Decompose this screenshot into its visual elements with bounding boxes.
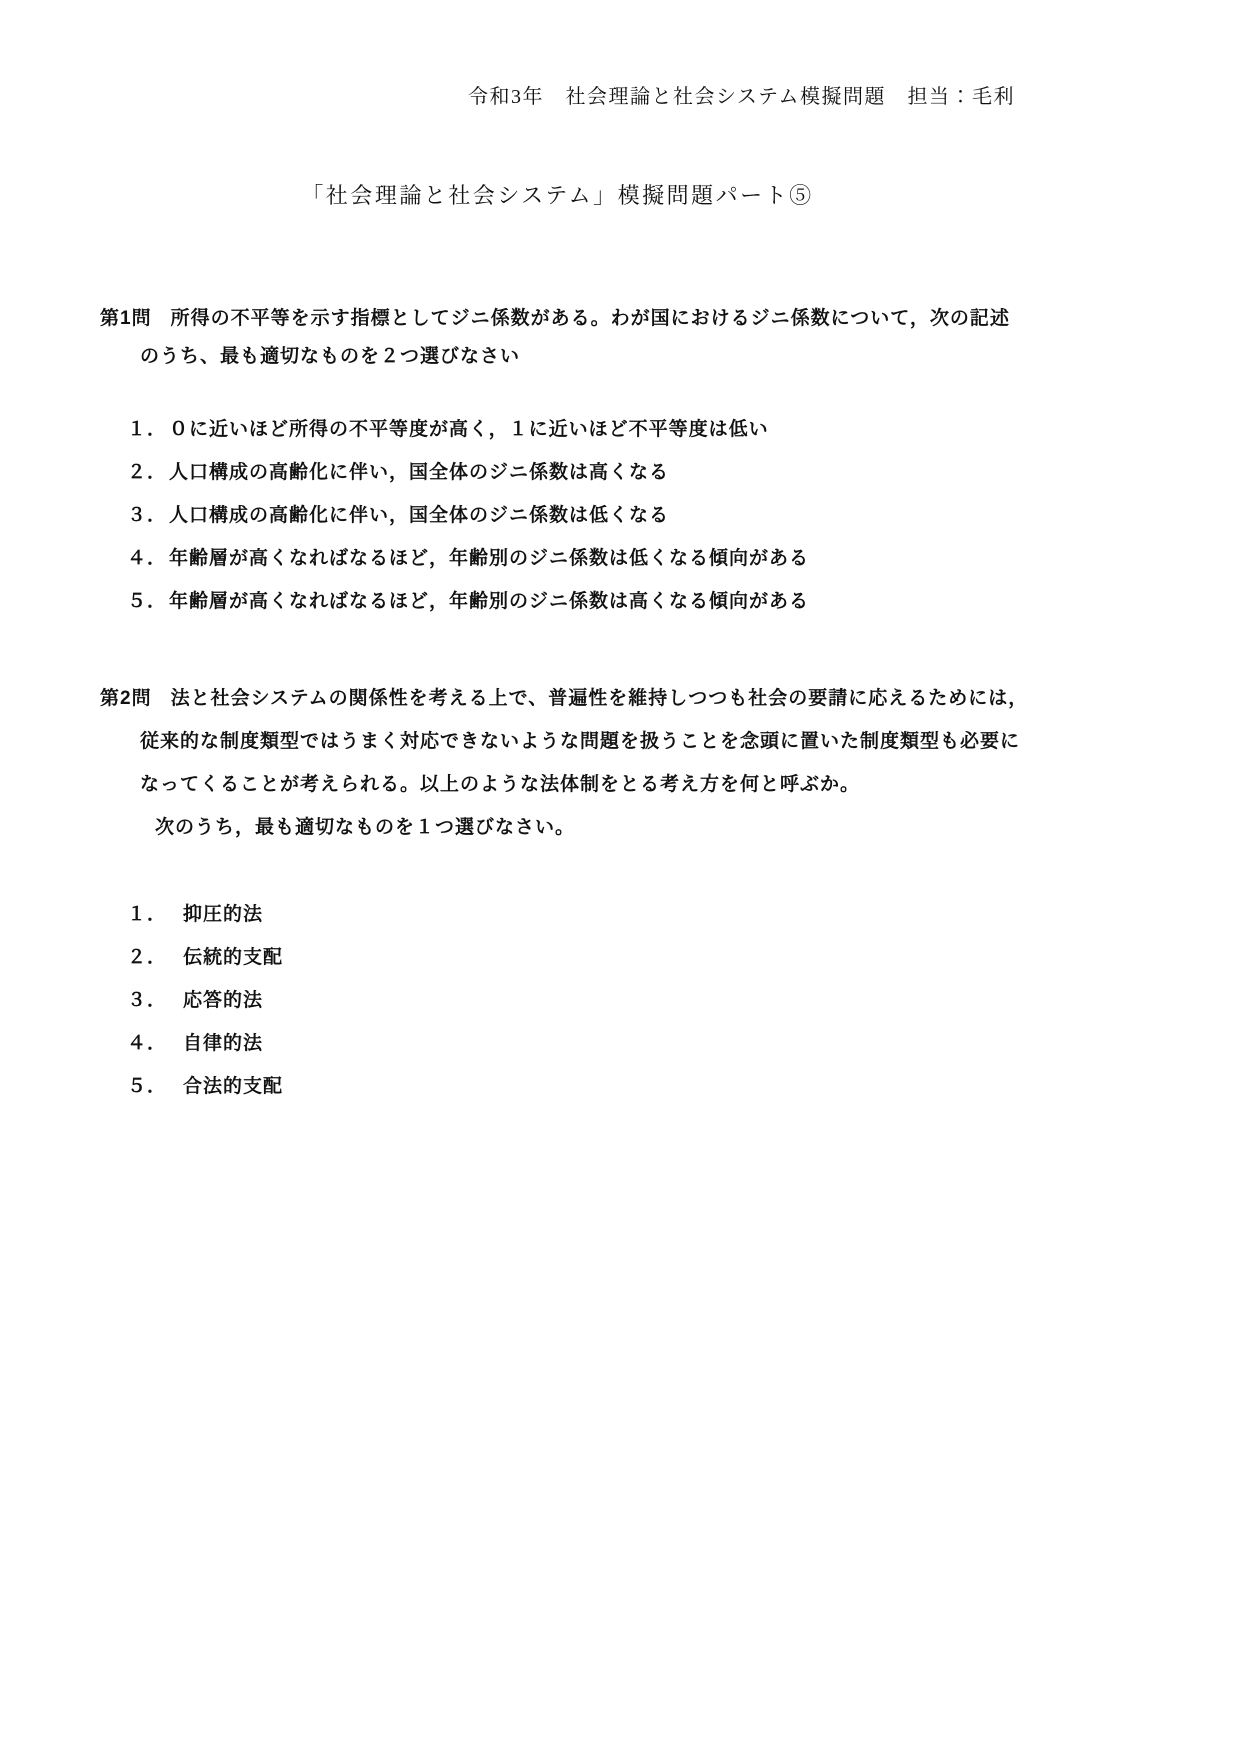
question-2: 第2問法と社会システムの関係性を考える上で、普遍性を維持しつつも社会の要請に応え… <box>100 677 1015 1106</box>
option-text: ０に近いほど所得の不平等度が高く，１に近いほど不平等度は低い <box>169 414 769 441</box>
option-text: 応答的法 <box>183 985 263 1012</box>
option-text: 人口構成の高齢化に伴い，国全体のジニ係数は高くなる <box>169 457 669 484</box>
option-text: 伝統的支配 <box>183 942 283 969</box>
option-text: 年齢層が高くなればなるほど，年齢別のジニ係数は低くなる傾向がある <box>169 543 809 570</box>
question-2-option-4: ４． 自律的法 <box>100 1020 1015 1063</box>
document-title: 「社会理論と社会システム」模擬問題パート⑤ <box>100 179 1015 210</box>
option-number: ３． <box>127 500 167 527</box>
question-1-option-5: ５． 年齢層が高くなればなるほど，年齢別のジニ係数は高くなる傾向がある <box>100 578 1015 621</box>
question-2-option-5: ５． 合法的支配 <box>100 1063 1015 1106</box>
question-2-line-1: 第2問法と社会システムの関係性を考える上で、普遍性を維持しつつも社会の要請に応え… <box>100 677 1015 720</box>
question-1-label: 第1問 <box>100 300 152 338</box>
option-text: 自律的法 <box>183 1028 263 1055</box>
question-1: 第1問所得の不平等を示す指標としてジニ係数がある。わが国におけるジニ係数について… <box>100 300 1015 621</box>
question-1-option-3: ３． 人口構成の高齢化に伴い，国全体のジニ係数は低くなる <box>100 492 1015 535</box>
option-number: ５． <box>127 586 167 613</box>
option-number: １． <box>127 899 167 926</box>
question-1-line-2: のうち、最も適切なものを２つ選びなさい <box>100 338 1015 376</box>
option-text: 年齢層が高くなればなるほど，年齢別のジニ係数は高くなる傾向がある <box>169 586 809 613</box>
question-1-options: １． ０に近いほど所得の不平等度が高く，１に近いほど不平等度は低い ２． 人口構… <box>100 406 1015 621</box>
question-1-statement: 第1問所得の不平等を示す指標としてジニ係数がある。わが国におけるジニ係数について… <box>100 300 1015 376</box>
option-number: ５． <box>127 1071 167 1098</box>
document-page: 令和3年 社会理論と社会システム模擬問題 担当：毛利 「社会理論と社会システム」… <box>0 0 1240 1753</box>
question-2-text-1: 法と社会システムの関係性を考える上で、普遍性を維持しつつも社会の要請に応えるため… <box>171 688 1029 709</box>
option-text: 人口構成の高齢化に伴い，国全体のジニ係数は低くなる <box>169 500 669 527</box>
option-text: 抑圧的法 <box>183 899 263 926</box>
question-2-line-3: なってくることが考えられる。以上のような法体制をとる考え方を何と呼ぶか。 <box>100 763 1015 806</box>
question-1-line-1: 第1問所得の不平等を示す指標としてジニ係数がある。わが国におけるジニ係数について… <box>100 300 1015 338</box>
question-2-option-3: ３． 応答的法 <box>100 977 1015 1020</box>
question-1-option-1: １． ０に近いほど所得の不平等度が高く，１に近いほど不平等度は低い <box>100 406 1015 449</box>
question-2-line-2: 従来的な制度類型ではうまく対応できないような問題を扱うことを念頭に置いた制度類型… <box>100 720 1015 763</box>
option-text: 合法的支配 <box>183 1071 283 1098</box>
question-1-option-2: ２． 人口構成の高齢化に伴い，国全体のジニ係数は高くなる <box>100 449 1015 492</box>
question-1-text-1: 所得の不平等を示す指標としてジニ係数がある。わが国におけるジニ係数について，次の… <box>171 308 1010 329</box>
document-header: 令和3年 社会理論と社会システム模擬問題 担当：毛利 <box>100 0 1015 109</box>
question-2-label: 第2問 <box>100 677 152 720</box>
question-2-options: １． 抑圧的法 ２． 伝統的支配 ３． 応答的法 ４． 自律的法 ５． 合法的支… <box>100 891 1015 1106</box>
option-number: ３． <box>127 985 167 1012</box>
question-2-line-4: 次のうち，最も適切なものを１つ選びなさい。 <box>100 806 1015 849</box>
option-number: ２． <box>127 457 167 484</box>
option-number: １． <box>127 414 167 441</box>
question-2-statement: 第2問法と社会システムの関係性を考える上で、普遍性を維持しつつも社会の要請に応え… <box>100 677 1015 849</box>
option-number: ４． <box>127 1028 167 1055</box>
question-2-option-1: １． 抑圧的法 <box>100 891 1015 934</box>
option-number: ４． <box>127 543 167 570</box>
option-number: ２． <box>127 942 167 969</box>
question-1-option-4: ４． 年齢層が高くなればなるほど，年齢別のジニ係数は低くなる傾向がある <box>100 535 1015 578</box>
question-2-option-2: ２． 伝統的支配 <box>100 934 1015 977</box>
